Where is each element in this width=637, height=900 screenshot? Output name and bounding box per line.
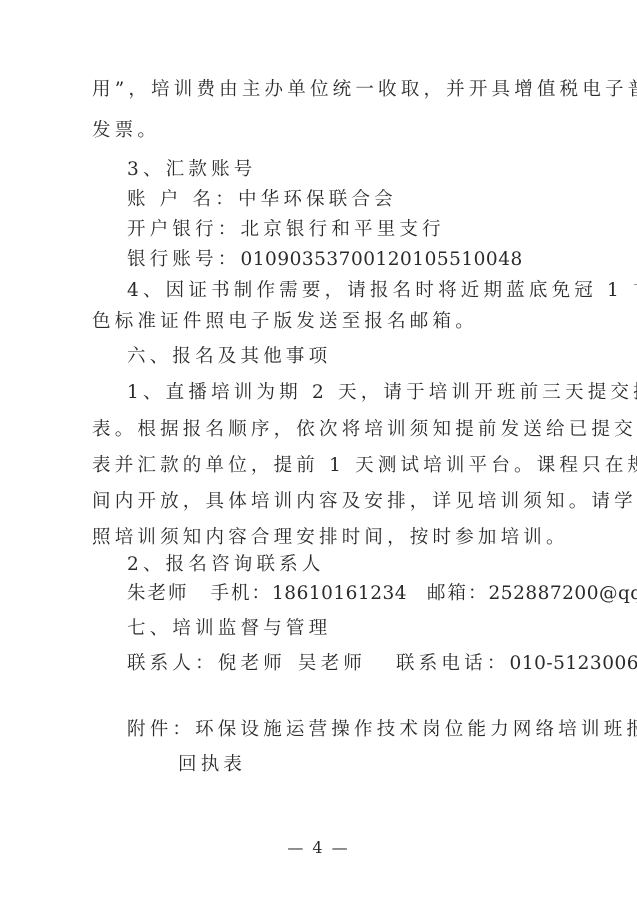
bank-value: 北京银行和平里支行	[241, 219, 445, 240]
section-6-item-1-line-4: 间内开放，具体培训内容及安排，详见培训须知。请学员参	[92, 490, 637, 514]
section-6-item-1-line-5: 照培训须知内容合理安排时间，按时参加培训。	[92, 526, 569, 550]
section-6-item-1-line-2: 表。根据报名顺序，依次将培训须知提前发送给已提交报名	[92, 418, 637, 442]
consult-contact-name: 朱老师	[127, 583, 189, 604]
account-number-value: 01090353700120105510048	[241, 249, 523, 270]
account-number-row: 银行账号：01090353700120105510048	[127, 248, 523, 272]
account-number-label: 银行账号：	[127, 249, 241, 270]
attachment-title-line-2: 回执表	[178, 753, 246, 777]
page-number: — 4 —	[0, 838, 637, 857]
supervision-phone-label: 联系电话：	[396, 653, 510, 674]
section-6-item-1-line-3: 表并汇款的单位，提前 1 天测试培训平台。课程只在规定时	[92, 454, 637, 478]
bank-row: 开户银行：北京银行和平里支行	[127, 218, 445, 242]
attachment-title-line-1: 环保设施运营操作技术岗位能力网络培训班报名	[195, 719, 637, 740]
item-4-line-1: 4、因证书制作需要，请报名时将近期蓝底免冠 1 寸彩	[127, 279, 637, 303]
item-4-line-2: 色标准证件照电子版发送至报名邮箱。	[92, 310, 478, 334]
supervision-contacts-label: 联系人：	[127, 653, 218, 674]
fee-paragraph-line-2: 发票。	[92, 119, 160, 143]
consult-phone-label: 手机：	[211, 583, 273, 604]
consult-phone: 18610161234	[272, 583, 407, 604]
consult-email[interactable]: 252887200@qq.com	[489, 583, 637, 604]
section-6-item-1-line-1: 1、直播培训为期 2 天，请于培训开班前三天提交报名	[127, 381, 637, 405]
supervision-phone: 010-51230063	[510, 653, 637, 674]
account-name-label: 账 户 名：	[127, 189, 238, 210]
section-6-item-2-heading: 2、报名咨询联系人	[127, 553, 325, 577]
section-7-heading: 七、培训监督与管理	[127, 617, 331, 641]
bank-label: 开户银行：	[127, 219, 241, 240]
supervision-contact-row: 联系人：倪老师吴老师联系电话：010-51230063	[127, 652, 637, 676]
attachment-label: 附件：	[127, 719, 195, 740]
fee-paragraph-line-1: 用”，培训费由主办单位统一收取，并开具增值税电子普通	[92, 78, 637, 102]
supervision-contact-2: 吴老师	[298, 653, 366, 674]
account-name-value: 中华环保联合会	[238, 189, 397, 210]
consult-email-label: 邮箱：	[427, 583, 489, 604]
supervision-contact-1: 倪老师	[218, 653, 286, 674]
remittance-heading: 3、汇款账号	[127, 158, 256, 182]
section-6-heading: 六、报名及其他事项	[127, 345, 331, 369]
attachment-row: 附件：环保设施运营操作技术岗位能力网络培训班报名	[127, 718, 637, 742]
account-name-row: 账 户 名：中华环保联合会	[127, 188, 397, 212]
consult-contact-row: 朱老师手机：18610161234邮箱：252887200@qq.com	[127, 582, 637, 606]
